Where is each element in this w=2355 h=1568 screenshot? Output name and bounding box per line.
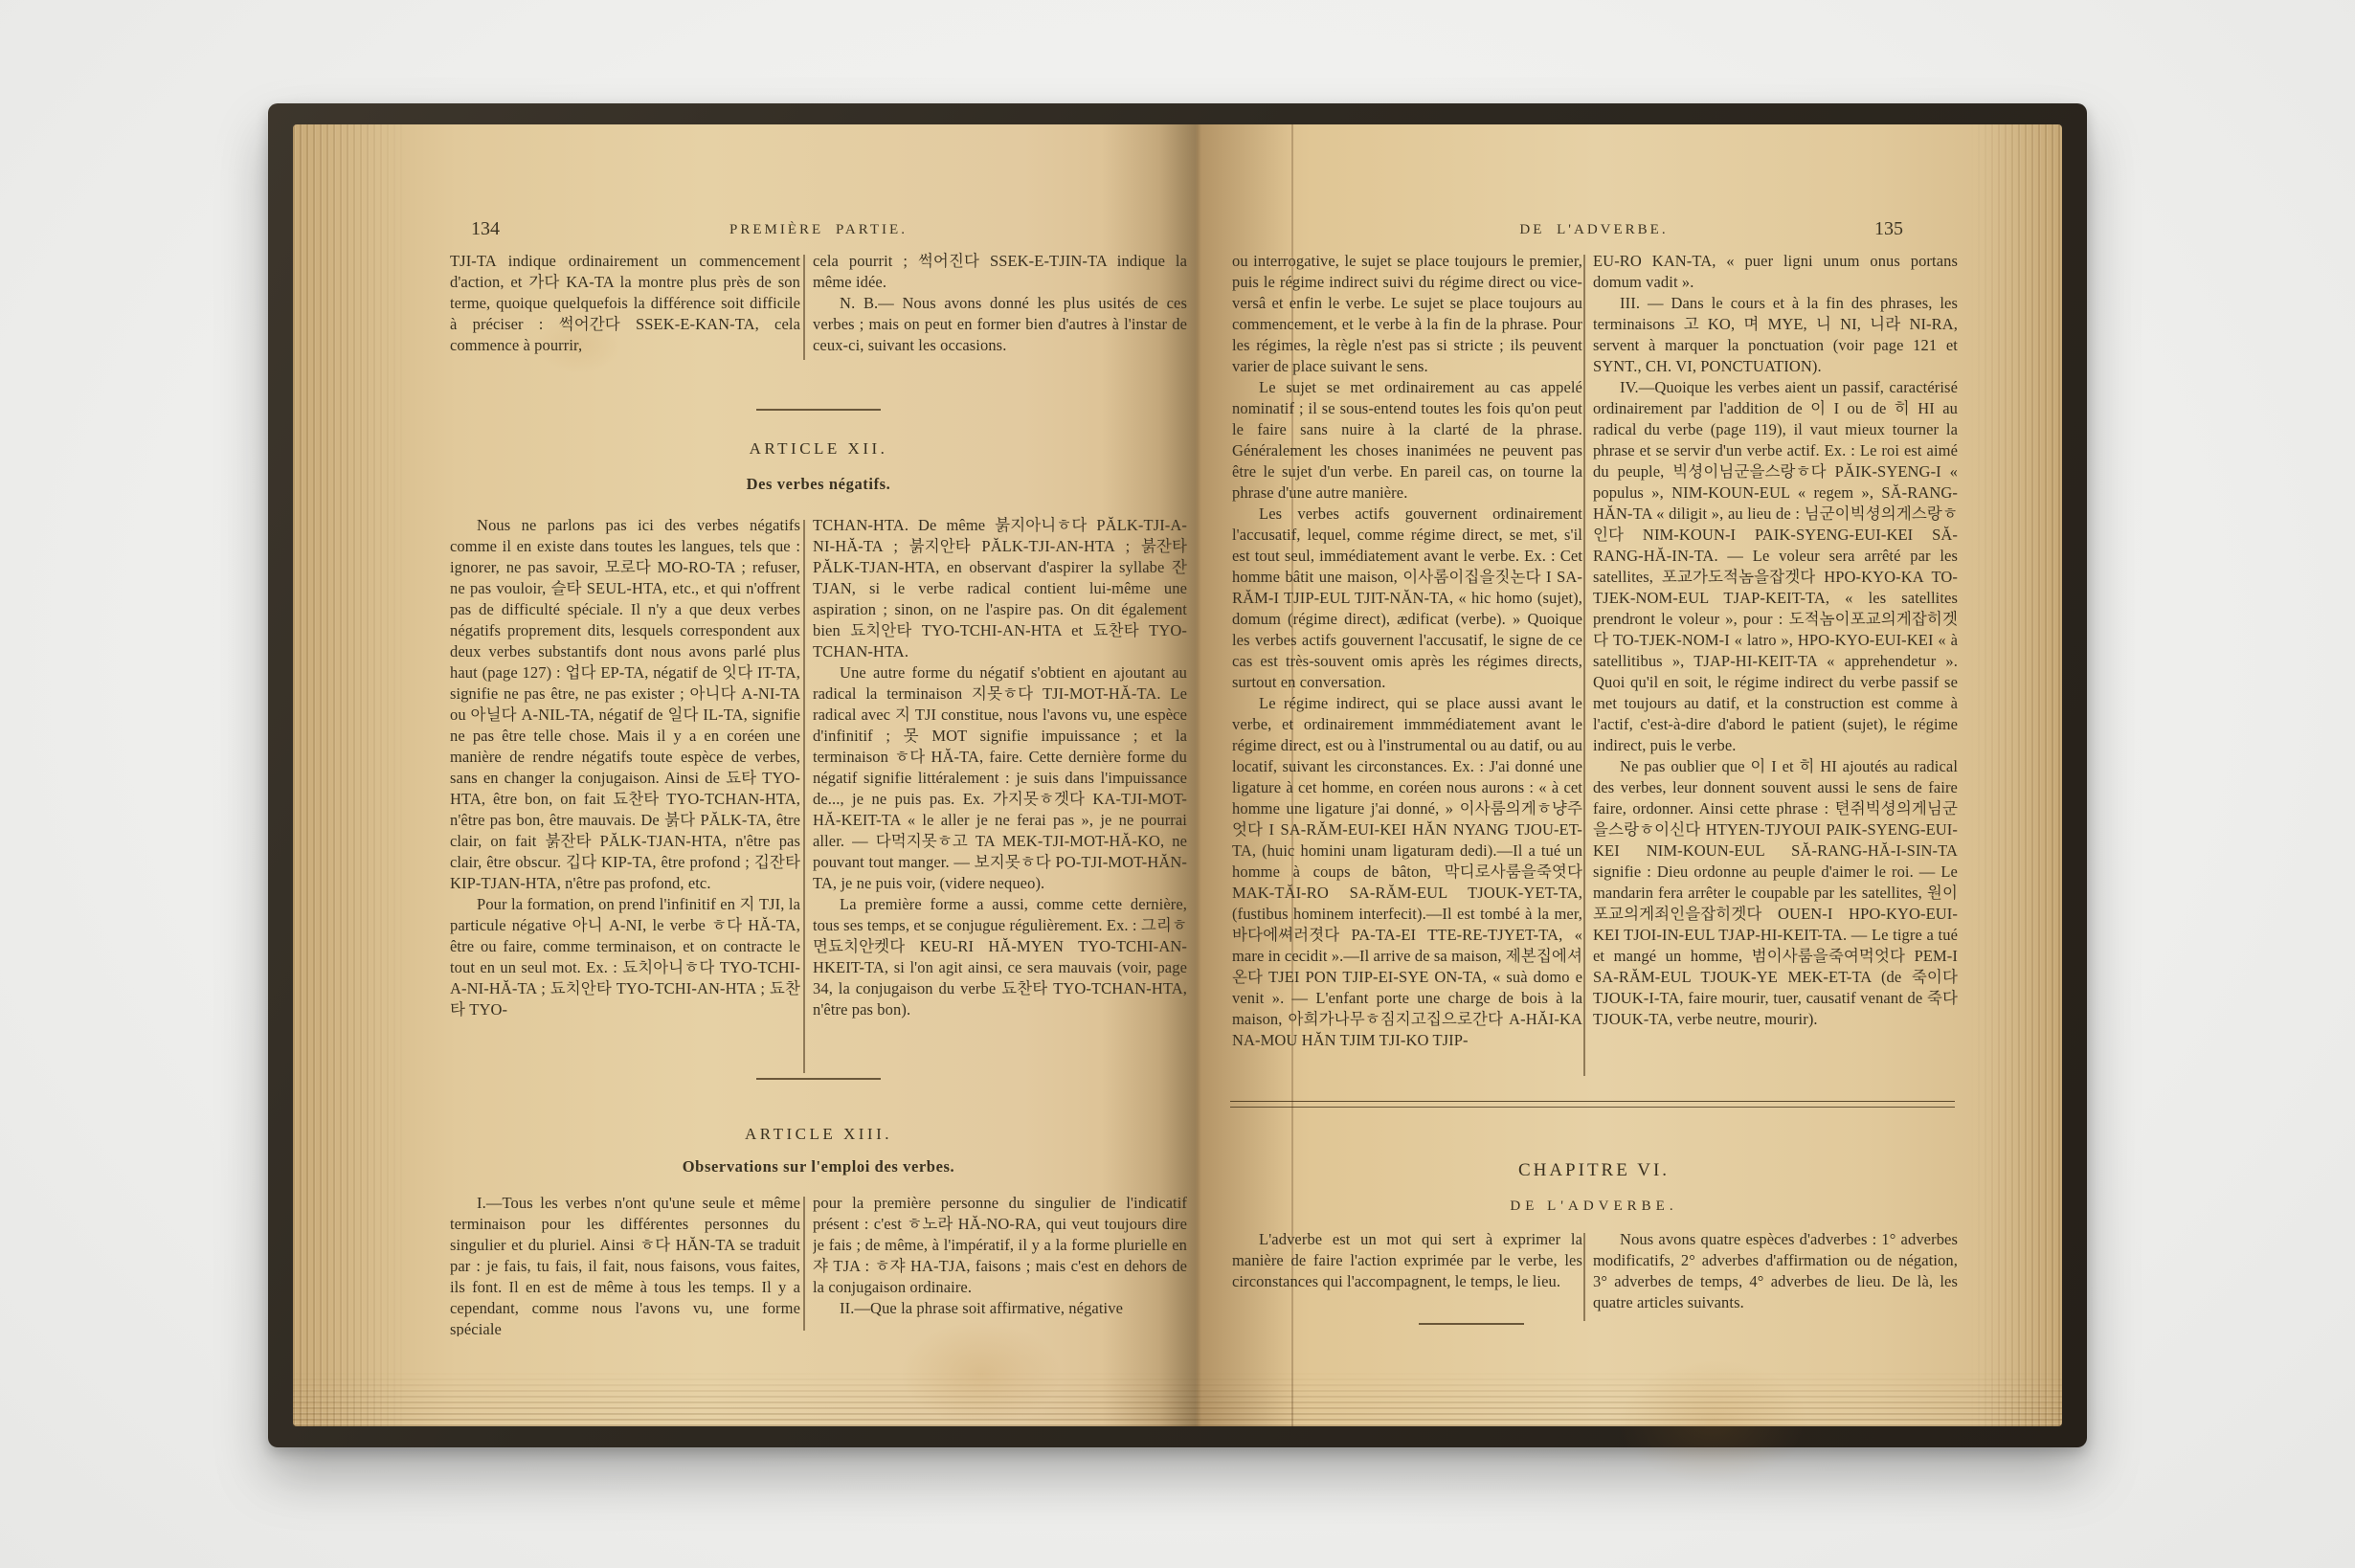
- paragraph: III. — Dans le cours et à la fin des phr…: [1593, 293, 1958, 377]
- right-page-number: 135: [1874, 218, 1903, 240]
- article-xii-subtitle: Des verbes négatifs.: [450, 475, 1187, 494]
- paragraph: I.—Tous les verbes n'ont qu'une seule et…: [450, 1193, 800, 1336]
- syntax-col1: ou interrogative, le sujet se place touj…: [1232, 251, 1582, 1080]
- right-page-edge-stack: [1971, 124, 2062, 1426]
- article-xiii-subtitle: Observations sur l'emploi des verbes.: [450, 1157, 1187, 1176]
- chapter-vi-subtitle: DE L'ADVERBE.: [1230, 1198, 1958, 1215]
- paragraph: IV.—Quoique les verbes aient un passif, …: [1593, 377, 1958, 756]
- section-rule: [756, 1078, 881, 1080]
- chapter-vi-col1: L'adverbe est un mot qui sert à exprimer…: [1232, 1229, 1582, 1325]
- paragraph: Nous ne parlons pas ici des verbes négat…: [450, 515, 800, 894]
- paragraph: pour la première personne du singulier d…: [813, 1193, 1187, 1298]
- paragraph: ou interrogative, le sujet se place touj…: [1232, 251, 1582, 377]
- left-running-header: PREMIÈRE PARTIE.: [450, 222, 1187, 238]
- paragraph: La première forme a aussi, comme cette d…: [813, 894, 1187, 1020]
- left-page-edge-stack: [293, 124, 408, 1426]
- book-photo: { "book": { "left_page": { "page_number"…: [0, 0, 2355, 1568]
- paragraph: Le régime indirect, qui se place aussi a…: [1232, 693, 1582, 1051]
- column-divider: [1583, 1233, 1585, 1321]
- paragraph: EU-RO KAN-TA, « puer ligni unum onus por…: [1593, 251, 1958, 293]
- paragraph: II.—Que la phrase soit affirmative, néga…: [813, 1298, 1187, 1319]
- paragraph: Pour la formation, on prend l'infinitif …: [450, 894, 800, 1020]
- column-divider: [803, 520, 805, 1073]
- right-page-bottom-edge: [1197, 1371, 2062, 1426]
- syntax-col2: EU-RO KAN-TA, « puer ligni unum onus por…: [1593, 251, 1958, 1080]
- column-divider: [1583, 255, 1585, 1076]
- paragraph: Le sujet se met ordinairement au cas app…: [1232, 377, 1582, 504]
- column-divider: [803, 255, 805, 360]
- paragraph: L'adverbe est un mot qui sert à exprimer…: [1232, 1229, 1582, 1292]
- article-xiii-col2: pour la première personne du singulier d…: [813, 1193, 1187, 1336]
- paragraph: Nous avons quatre espèces d'adverbes : 1…: [1593, 1229, 1958, 1313]
- chapter-separator-double-rule: [1230, 1101, 1955, 1108]
- right-running-header: DE L'ADVERBE.: [1230, 222, 1958, 238]
- paragraph: cela pourrit ; 썩어진다 SSEK-E-TJIN-TA indiq…: [813, 251, 1187, 293]
- left-intro-col2: cela pourrit ; 썩어진다 SSEK-E-TJIN-TA indiq…: [813, 251, 1187, 362]
- paragraph: Ne pas oublier que 이 I et 히 HI ajoutés a…: [1593, 756, 1958, 1030]
- chapter-vi-title: CHAPITRE VI.: [1230, 1160, 1958, 1181]
- article-xii-title: ARTICLE XII.: [450, 439, 1187, 459]
- paragraph: N. B.— Nous avons donné les plus usités …: [813, 293, 1187, 356]
- section-rule: [756, 409, 881, 411]
- article-xii-col1: Nous ne parlons pas ici des verbes négat…: [450, 515, 800, 1078]
- column-divider: [803, 1197, 805, 1331]
- article-xii-col2: TCHAN-HTA. De même 붉지아니ㅎ다 PĂLK-TJI-A-NI-…: [813, 515, 1187, 1078]
- paragraph: Les verbes actifs gouvernent ordinaireme…: [1232, 504, 1582, 693]
- chapter-vi-col2: Nous avons quatre espèces d'adverbes : 1…: [1593, 1229, 1958, 1325]
- left-intro-col1: TJI-TA indique ordinairement un commence…: [450, 251, 800, 362]
- article-xiii-title: ARTICLE XIII.: [450, 1125, 1187, 1144]
- section-rule: [1419, 1323, 1524, 1325]
- paragraph: TJI-TA indique ordinairement un commence…: [450, 251, 800, 356]
- paragraph: TCHAN-HTA. De même 붉지아니ㅎ다 PĂLK-TJI-A-NI-…: [813, 515, 1187, 662]
- article-xiii-col1: I.—Tous les verbes n'ont qu'une seule et…: [450, 1193, 800, 1336]
- left-page-bottom-edge: [293, 1371, 1197, 1426]
- paragraph: Une autre forme du négatif s'obtient en …: [813, 662, 1187, 894]
